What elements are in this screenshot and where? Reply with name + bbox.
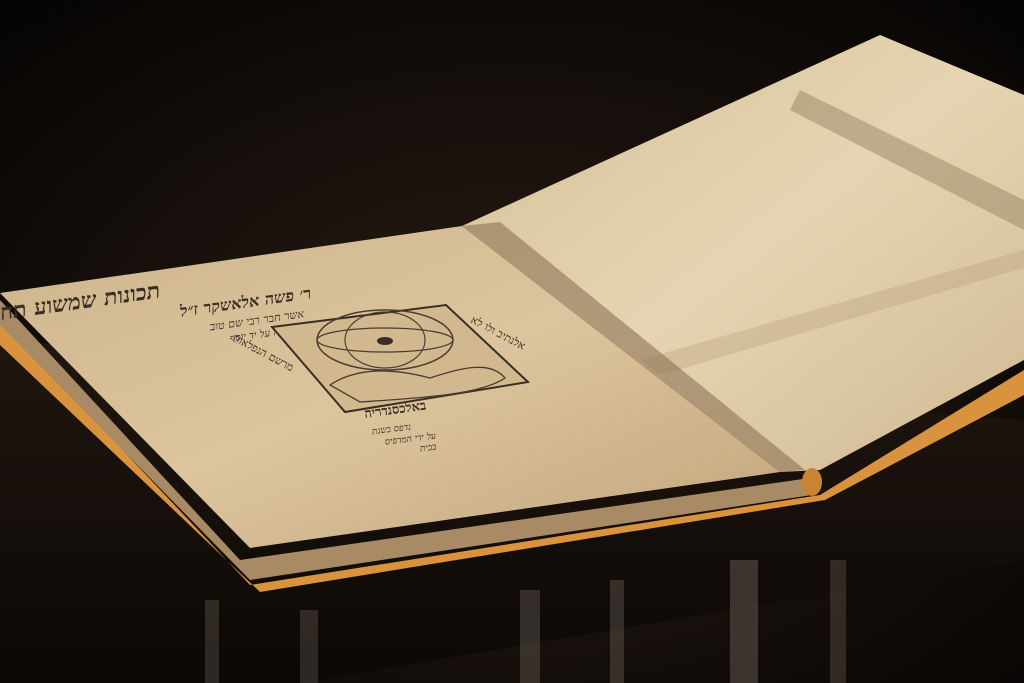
footer-line-3: בבית [420,442,437,454]
photo-scene: תכונות שמשוע תחכם ר׳ פשה אלאשקר ז״ל אשר … [0,0,1024,683]
book-photo-illustration: תכונות שמשוע תחכם ר׳ פשה אלאשקר ז״ל אשר … [0,0,1024,683]
spine-binding [802,468,822,496]
